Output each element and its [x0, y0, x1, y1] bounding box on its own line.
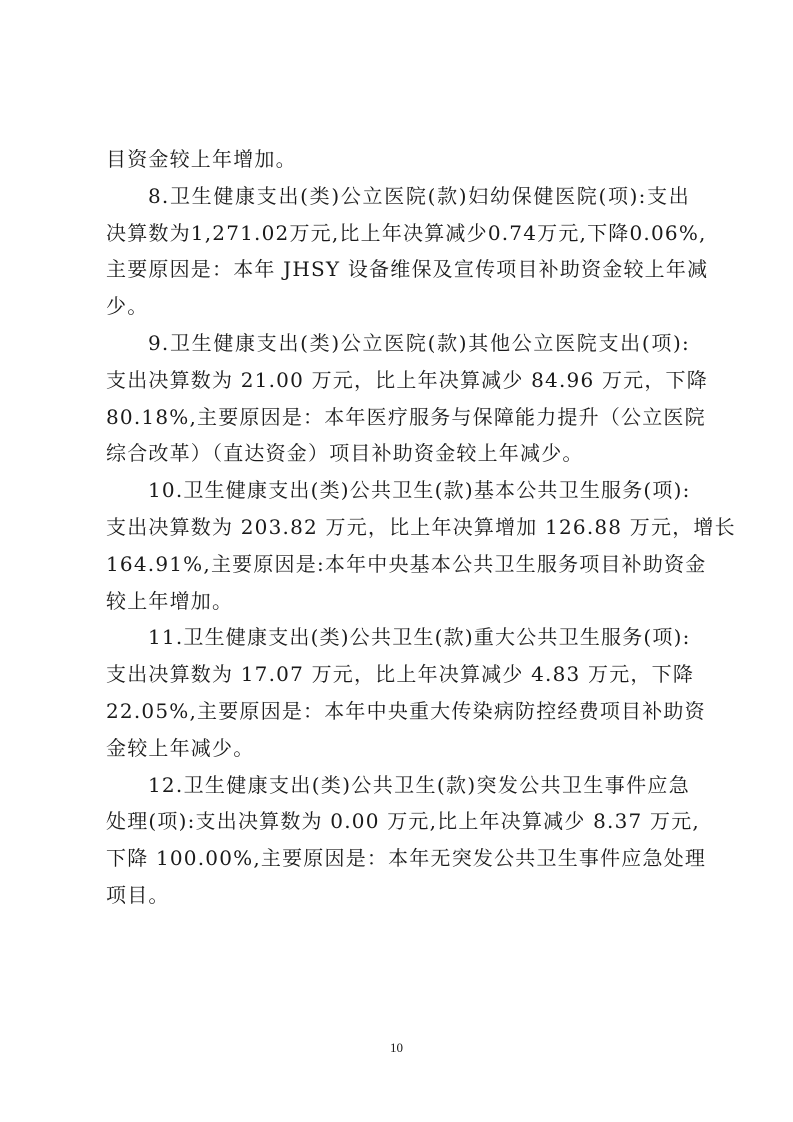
text-line: 9.卫生健康支出(类)公立医院(款)其他公立医院支出(项): — [106, 325, 690, 362]
text-line: 164.91%,主要原因是:本年中央基本公共卫生服务项目补助资金 — [106, 546, 690, 583]
text-line: 支出决算数为 203.82 万元，比上年决算增加 126.88 万元，增长 — [106, 509, 690, 546]
text-line: 决算数为1,271.02万元,比上年决算减少0.74万元,下降0.06%, — [106, 215, 690, 252]
text-line: 金较上年减少。 — [106, 730, 690, 767]
text-line: 12.卫生健康支出(类)公共卫生(款)突发公共卫生事件应急 — [106, 767, 690, 804]
text-line: 22.05%,主要原因是：本年中央重大传染病防控经费项目补助资 — [106, 693, 690, 730]
text-line: 处理(项):支出决算数为 0.00 万元,比上年决算减少 8.37 万元, — [106, 803, 690, 840]
text-line: 下降 100.00%,主要原因是：本年无突发公共卫生事件应急处理 — [106, 840, 690, 877]
document-page: 目资金较上年增加。 8.卫生健康支出(类)公立医院(款)妇幼保健医院(项):支出… — [0, 0, 793, 1122]
paragraph-9: 9.卫生健康支出(类)公立医院(款)其他公立医院支出(项): 支出决算数为 21… — [106, 325, 690, 472]
page-number: 10 — [0, 1040, 793, 1056]
text-line: 少。 — [106, 288, 690, 325]
text-line: 8.卫生健康支出(类)公立医院(款)妇幼保健医院(项):支出 — [106, 178, 690, 215]
text-line: 综合改革）（直达资金）项目补助资金较上年减少。 — [106, 435, 690, 472]
text-line: 10.卫生健康支出(类)公共卫生(款)基本公共卫生服务(项): — [106, 472, 690, 509]
paragraph-10: 10.卫生健康支出(类)公共卫生(款)基本公共卫生服务(项): 支出决算数为 2… — [106, 472, 690, 619]
text-line: 目资金较上年增加。 — [106, 141, 690, 178]
paragraph-12: 12.卫生健康支出(类)公共卫生(款)突发公共卫生事件应急 处理(项):支出决算… — [106, 767, 690, 914]
text-line: 项目。 — [106, 877, 690, 914]
text-line: 较上年增加。 — [106, 583, 690, 620]
paragraph-11: 11.卫生健康支出(类)公共卫生(款)重大公共卫生服务(项): 支出决算数为 1… — [106, 619, 690, 766]
text-line: 支出决算数为 21.00 万元，比上年决算减少 84.96 万元，下降 — [106, 362, 690, 399]
paragraph-7-tail: 目资金较上年增加。 — [106, 141, 690, 178]
text-line: 支出决算数为 17.07 万元，比上年决算减少 4.83 万元，下降 — [106, 656, 690, 693]
text-line: 11.卫生健康支出(类)公共卫生(款)重大公共卫生服务(项): — [106, 619, 690, 656]
text-line: 主要原因是：本年 JHSY 设备维保及宣传项目补助资金较上年减 — [106, 251, 690, 288]
text-line: 80.18%,主要原因是：本年医疗服务与保障能力提升（公立医院 — [106, 399, 690, 436]
document-body: 目资金较上年增加。 8.卫生健康支出(类)公立医院(款)妇幼保健医院(项):支出… — [106, 141, 690, 914]
paragraph-8: 8.卫生健康支出(类)公立医院(款)妇幼保健医院(项):支出 决算数为1,271… — [106, 178, 690, 325]
